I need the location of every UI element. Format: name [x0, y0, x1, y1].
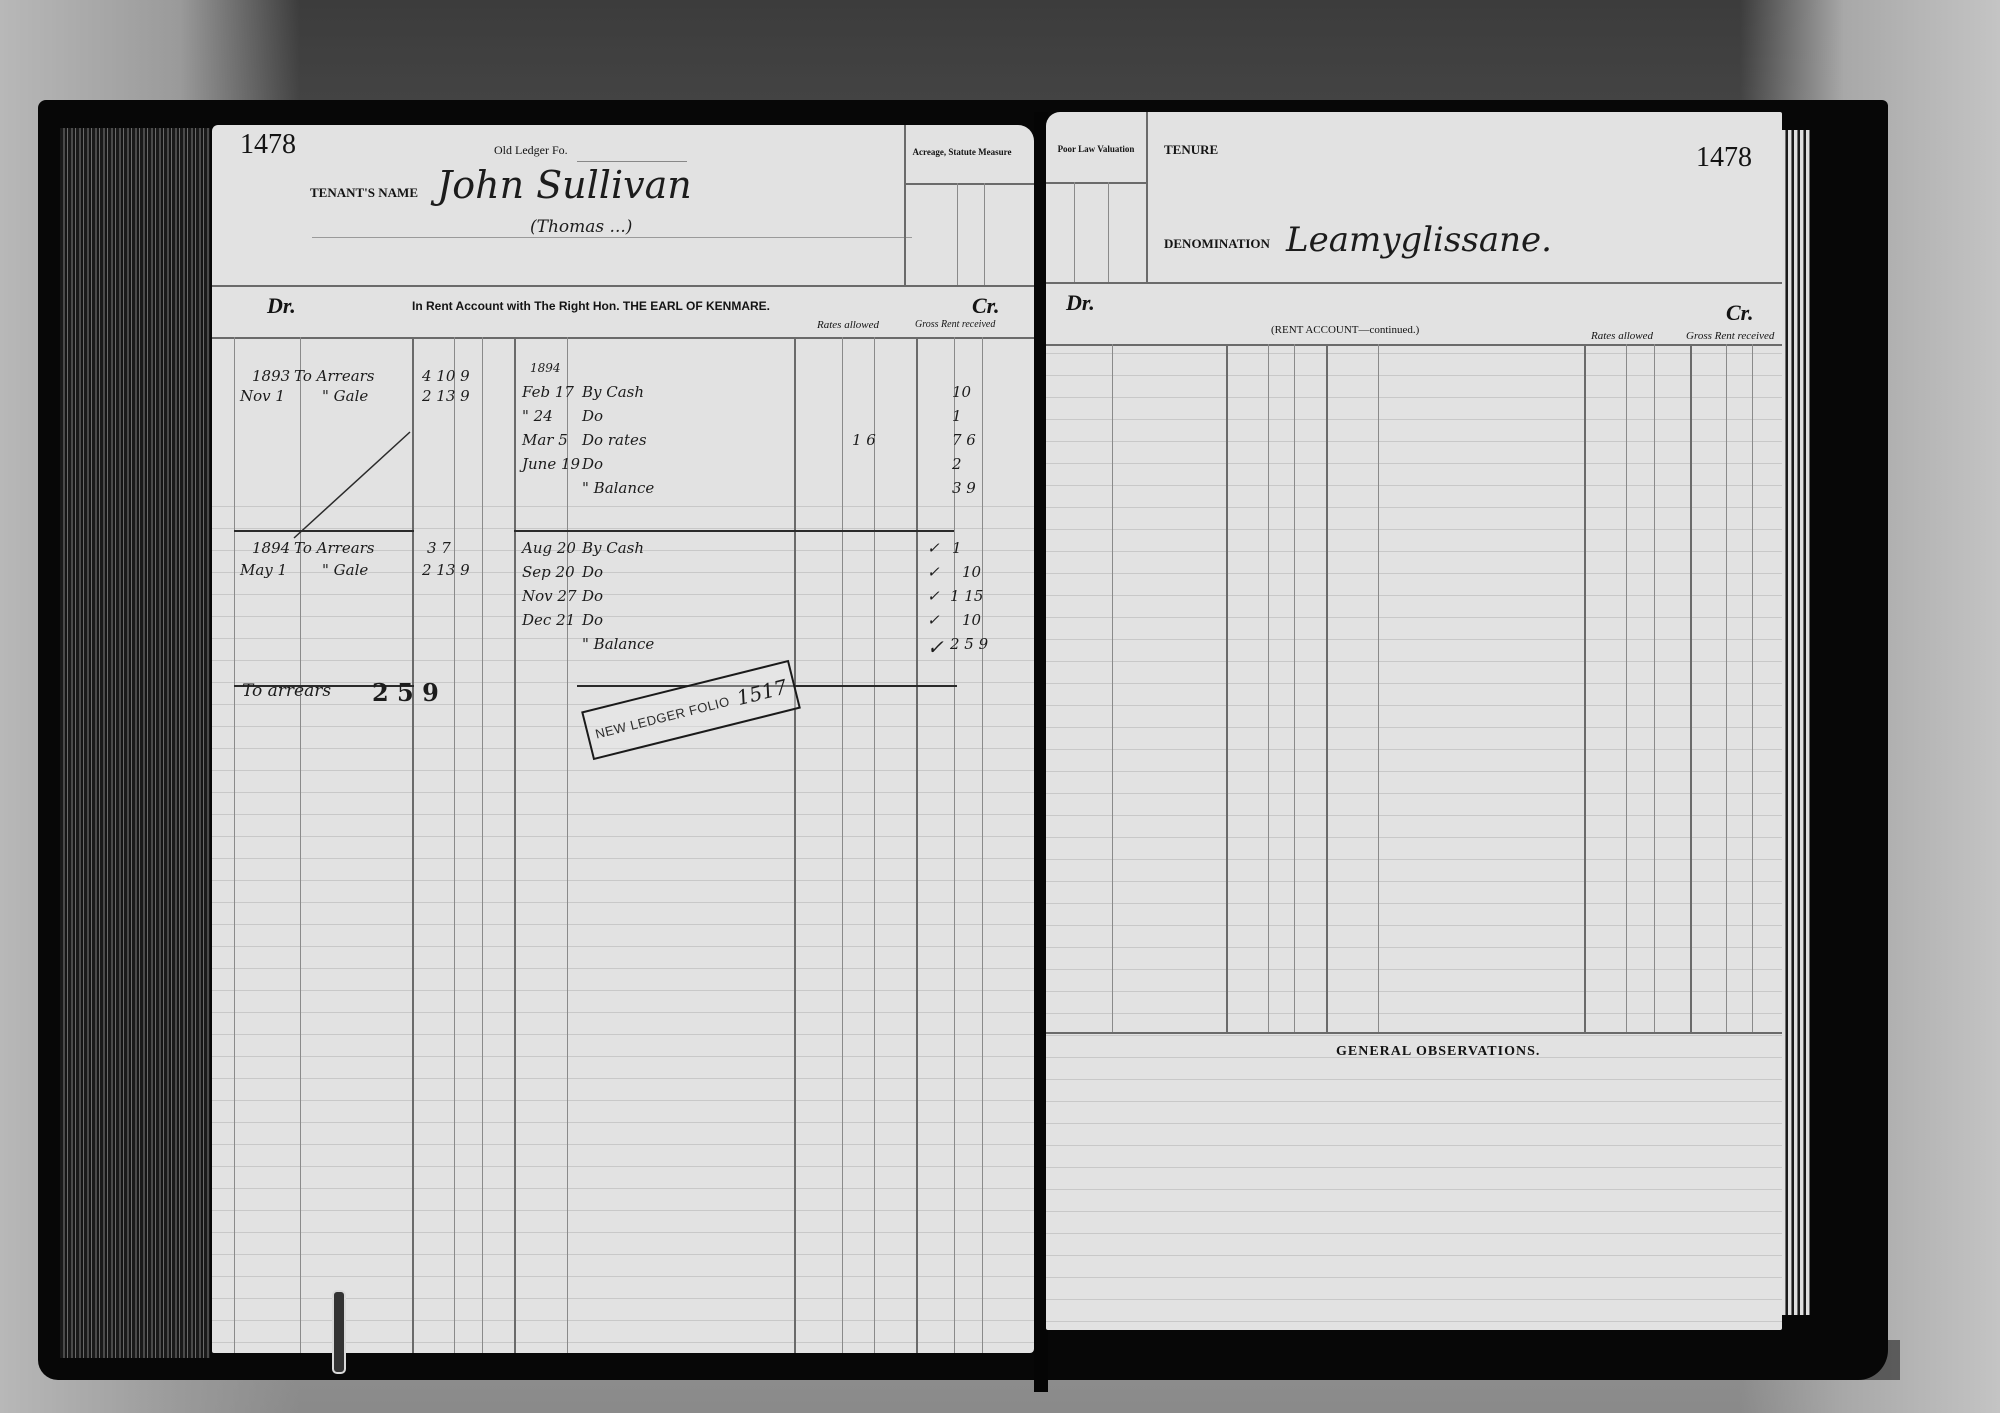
col-line [1268, 344, 1269, 1034]
entry-year: 1894 [252, 539, 290, 557]
credit-year: 1894 [530, 361, 561, 375]
col-line [1112, 344, 1113, 1034]
tenant-name-value: John Sullivan [437, 163, 692, 207]
credit-amount: 2 [952, 455, 962, 473]
credit-desc: Do rates [582, 431, 647, 449]
col-rates-allowed-right: Rates allowed [1591, 330, 1653, 342]
page-edges-right [1782, 130, 1810, 1315]
entry-amount: 2 13 9 [422, 387, 470, 405]
tenant-note: (Thomas ...) [530, 217, 632, 237]
old-ledger-label: Old Ledger Fo. [494, 143, 568, 158]
entry-desc: To Arrears [294, 367, 375, 385]
credit-desc: Do [582, 563, 603, 581]
col-line [1378, 344, 1379, 1034]
page-number-left: 1478 [240, 129, 296, 161]
credit-date: Aug 20 [522, 539, 576, 557]
credit-desc: Do [582, 611, 603, 629]
col-gross-rent-right: Gross Rent received [1686, 330, 1774, 342]
credit-date: Dec 21 [522, 611, 575, 629]
valuation-col [1074, 182, 1075, 282]
header-rule [212, 285, 1034, 287]
observations-rule [1046, 1032, 1782, 1034]
check-mark-icon: ✓ [927, 587, 940, 605]
general-observations-heading: GENERAL OBSERVATIONS. [1336, 1044, 1540, 1060]
col-line [514, 337, 516, 1353]
col-line [794, 337, 796, 1353]
page-edges-left [60, 128, 210, 1358]
forward-amount: 2 5 9 [372, 678, 439, 707]
credit-amount: 10 [962, 563, 981, 581]
col-line [1326, 344, 1328, 1034]
right-page: Poor Law Valuation TENURE 1478 DENOMINAT… [1046, 112, 1782, 1330]
entry-amount: 4 10 9 [422, 367, 470, 385]
credit-desc: By Cash [582, 383, 644, 401]
account-title: In Rent Account with The Right Hon. THE … [412, 299, 770, 313]
col-line [982, 337, 983, 1353]
col-line [1752, 344, 1753, 1034]
forward-label: To arrears [242, 681, 331, 701]
acreage-col [984, 183, 985, 285]
tenure-label: TENURE [1164, 142, 1218, 158]
credit-amount: 1 15 [950, 587, 983, 605]
col-line [1294, 344, 1295, 1034]
credit-amount: 2 5 9 [950, 635, 988, 653]
col-line [874, 337, 875, 1353]
col-line [1690, 344, 1692, 1034]
check-mark-icon: ✓ [927, 539, 940, 557]
cr-label: Cr. [972, 293, 1000, 319]
col-line [412, 337, 414, 1353]
columns-rule [212, 337, 1034, 339]
entry-date: May 1 [240, 561, 287, 579]
credit-desc: By Cash [582, 539, 644, 557]
dr-label-right: Dr. [1066, 290, 1095, 316]
valuation-rule [1046, 182, 1146, 184]
credit-date: " 24 [522, 407, 553, 425]
poor-law-valuation-label: Poor Law Valuation [1054, 144, 1138, 154]
credit-date: Sep 20 [522, 563, 575, 581]
col-line [482, 337, 483, 1353]
credit-desc: " Balance [582, 635, 654, 653]
denomination-value: Leamyglissane. [1286, 220, 1552, 260]
dr-label: Dr. [267, 293, 296, 319]
check-mark-icon: ✓ [927, 611, 940, 629]
denomination-label: DENOMINATION [1164, 236, 1270, 252]
col-gross-rent: Gross Rent received [915, 319, 995, 330]
check-mark-icon: ✓ [927, 563, 940, 581]
total-rule [514, 530, 954, 532]
cr-label-right: Cr. [1726, 300, 1754, 326]
col-line [916, 337, 918, 1353]
credit-desc: Do [582, 455, 603, 473]
credit-date: Mar 5 [522, 431, 568, 449]
entry-desc: " Gale [322, 561, 368, 579]
old-ledger-line [577, 161, 687, 162]
acreage-rule [904, 183, 1034, 185]
col-line [567, 337, 568, 1353]
paper-clip [332, 1290, 346, 1374]
credit-desc: " Balance [582, 479, 654, 497]
page-number-right: 1478 [1696, 142, 1752, 174]
acreage-label: Acreage, Statute Measure [912, 147, 1012, 157]
tenant-name-label: TENANT'S NAME [310, 185, 418, 201]
valuation-col [1108, 182, 1109, 282]
left-page: 1478 Old Ledger Fo. TENANT'S NAME John S… [212, 125, 1034, 1353]
credit-amount: 3 9 [952, 479, 976, 497]
col-line [1626, 344, 1627, 1034]
col-line [1226, 344, 1228, 1034]
ruled-lines [212, 485, 1034, 1353]
credit-date: June 19 [522, 455, 580, 473]
col-rates-allowed: Rates allowed [817, 319, 879, 331]
ruled-lines [1046, 332, 1782, 1330]
entry-amount: 2 13 9 [422, 561, 470, 579]
name-underline [312, 237, 912, 238]
credit-amount: 1 [952, 539, 962, 557]
credit-date: Nov 27 [522, 587, 577, 605]
acreage-col [957, 183, 958, 285]
entry-year: 1893 [252, 367, 290, 385]
cancel-slash [292, 430, 412, 540]
columns-rule [1046, 344, 1782, 346]
credit-desc: Do [582, 407, 603, 425]
credit-amount: 1 [952, 407, 962, 425]
entry-amount: 3 7 [427, 539, 451, 557]
valuation-divider [1146, 112, 1148, 282]
col-line [1584, 344, 1586, 1034]
header-rule [1046, 282, 1782, 284]
col-line [1726, 344, 1727, 1034]
credit-rates: 1 6 [852, 431, 876, 449]
acreage-divider [904, 125, 906, 285]
rent-account-continued: (RENT ACCOUNT—continued.) [1271, 324, 1419, 336]
credit-amount: 7 6 [952, 431, 976, 449]
col-line [1654, 344, 1655, 1034]
entry-desc: " Gale [322, 387, 368, 405]
stamp-value: 1517 [734, 675, 789, 711]
total-rule [234, 530, 414, 532]
credit-date: Feb 17 [522, 383, 574, 401]
entry-date: Nov 1 [240, 387, 285, 405]
col-line [454, 337, 455, 1353]
credit-amount: 10 [962, 611, 981, 629]
credit-desc: Do [582, 587, 603, 605]
col-line [842, 337, 843, 1353]
entry-desc: To Arrears [294, 539, 375, 557]
credit-amount: 10 [952, 383, 971, 401]
check-mark-icon: ✓ [927, 635, 944, 659]
col-line [234, 337, 235, 1353]
